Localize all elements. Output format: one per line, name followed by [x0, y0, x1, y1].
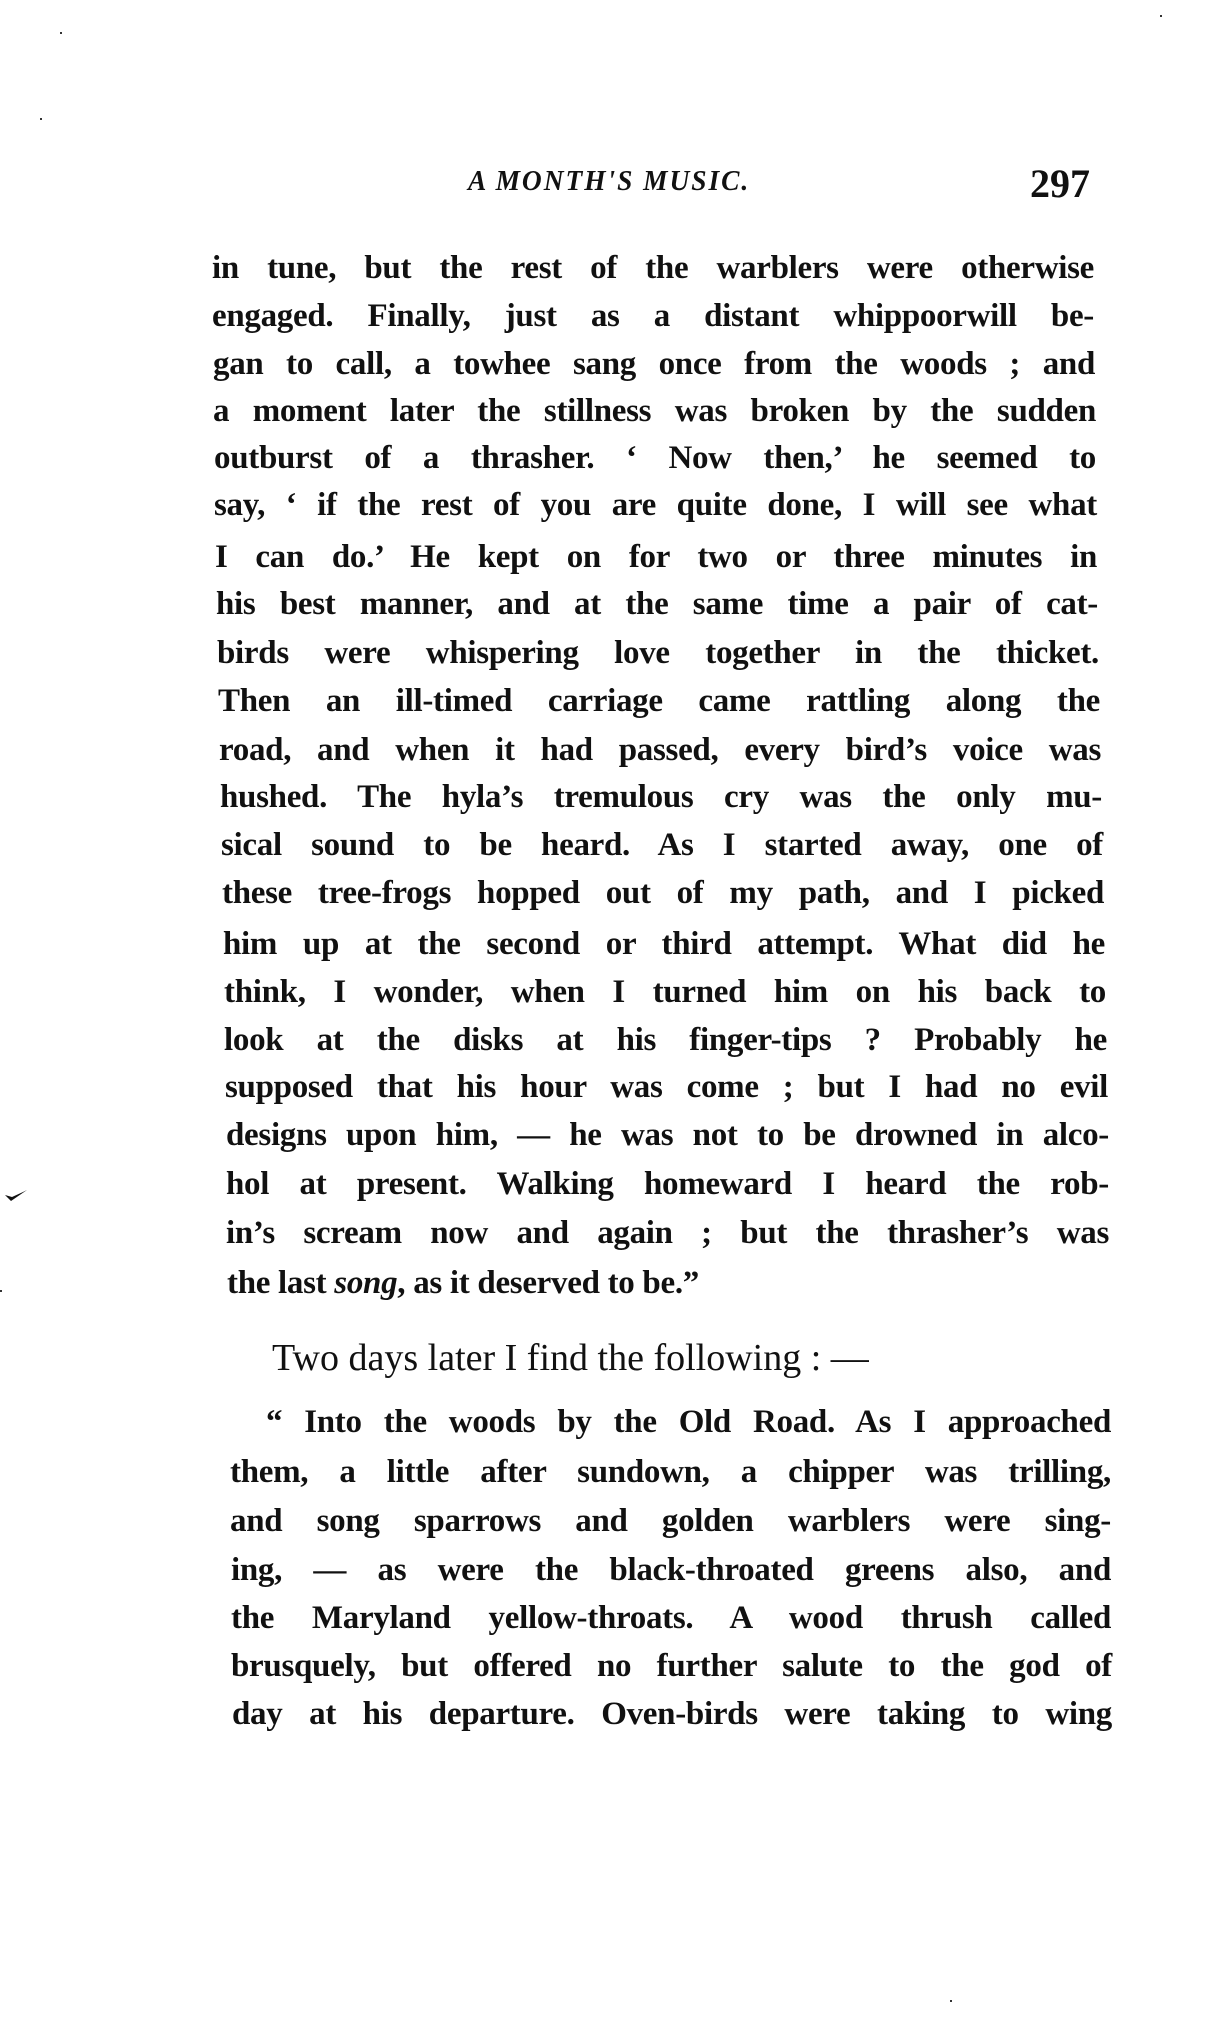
text-line: birds were whispering love together in t…: [217, 633, 1099, 673]
text-line: say, ‘ if the rest of you are quite done…: [214, 485, 1097, 525]
paper-speck: [40, 118, 42, 120]
running-title: A MONTH'S MUSIC.: [468, 166, 831, 198]
text-line: Then an ill-timed carriage came rattling…: [218, 681, 1100, 721]
paper-speck: [60, 32, 62, 34]
text-line: brusquely, but offered no further salute…: [231, 1646, 1112, 1686]
text-line: road, and when it had passed, every bird…: [219, 730, 1101, 770]
text-line: in’s scream now and again ; but the thra…: [226, 1213, 1109, 1253]
text-line: hushed. The hyla’s tremulous cry was the…: [220, 777, 1102, 817]
page-number: 297: [1030, 160, 1090, 207]
paper-speck: [0, 1290, 2, 1292]
text-line: ing, — as were the black-throated greens…: [231, 1550, 1111, 1590]
text-line: sical sound to be heard. As I started aw…: [221, 825, 1103, 865]
text-line: day at his departure. Oven-birds were ta…: [232, 1694, 1112, 1734]
text-line: the Maryland yellow-throats. A wood thru…: [231, 1598, 1111, 1638]
text-line: a moment later the stillness was broken …: [213, 391, 1096, 431]
text-line: his best manner, and at the same time a …: [216, 584, 1098, 624]
paper-speck: [950, 2000, 952, 2002]
text-line: them, a little after sundown, a chipper …: [230, 1452, 1111, 1492]
check-mark-blot-icon: [5, 1190, 27, 1202]
paper-speck: [1160, 15, 1162, 17]
text-line: I can do.’ He kept on for two or three m…: [215, 537, 1097, 577]
italic-word: song: [334, 1265, 397, 1301]
text-line: him up at the second or third attempt. W…: [223, 924, 1105, 964]
text-line: hol at present. Walking homeward I heard…: [226, 1164, 1109, 1204]
text-line: gan to call, a towhee sang once from the…: [213, 344, 1095, 384]
section-subhead: Two days later I find the following : —: [272, 1336, 869, 1380]
text-line: “ Into the woods by the Old Road. As I a…: [266, 1402, 1111, 1442]
text-line: outburst of a thrasher. ‘ Now then,’ he …: [214, 438, 1096, 478]
text-line: look at the disks at his finger-tips ? P…: [224, 1020, 1107, 1060]
text-line: engaged. Finally, just as a distant whip…: [212, 296, 1094, 336]
text-line: these tree-frogs hopped out of my path, …: [222, 873, 1104, 913]
text-span: the last: [227, 1265, 334, 1301]
text-line: think, I wonder, when I turned him on hi…: [224, 972, 1106, 1012]
text-line: in tune, but the rest of the warblers we…: [212, 248, 1094, 288]
text-line: supposed that his hour was come ; but I …: [225, 1067, 1108, 1107]
text-span: , as it deserved to be.”: [397, 1265, 699, 1301]
text-line: and song sparrows and golden warblers we…: [230, 1501, 1111, 1541]
text-line-last: the last song, as it deserved to be.”: [227, 1263, 699, 1303]
text-line: designs upon him, — he was not to be dro…: [226, 1115, 1109, 1155]
